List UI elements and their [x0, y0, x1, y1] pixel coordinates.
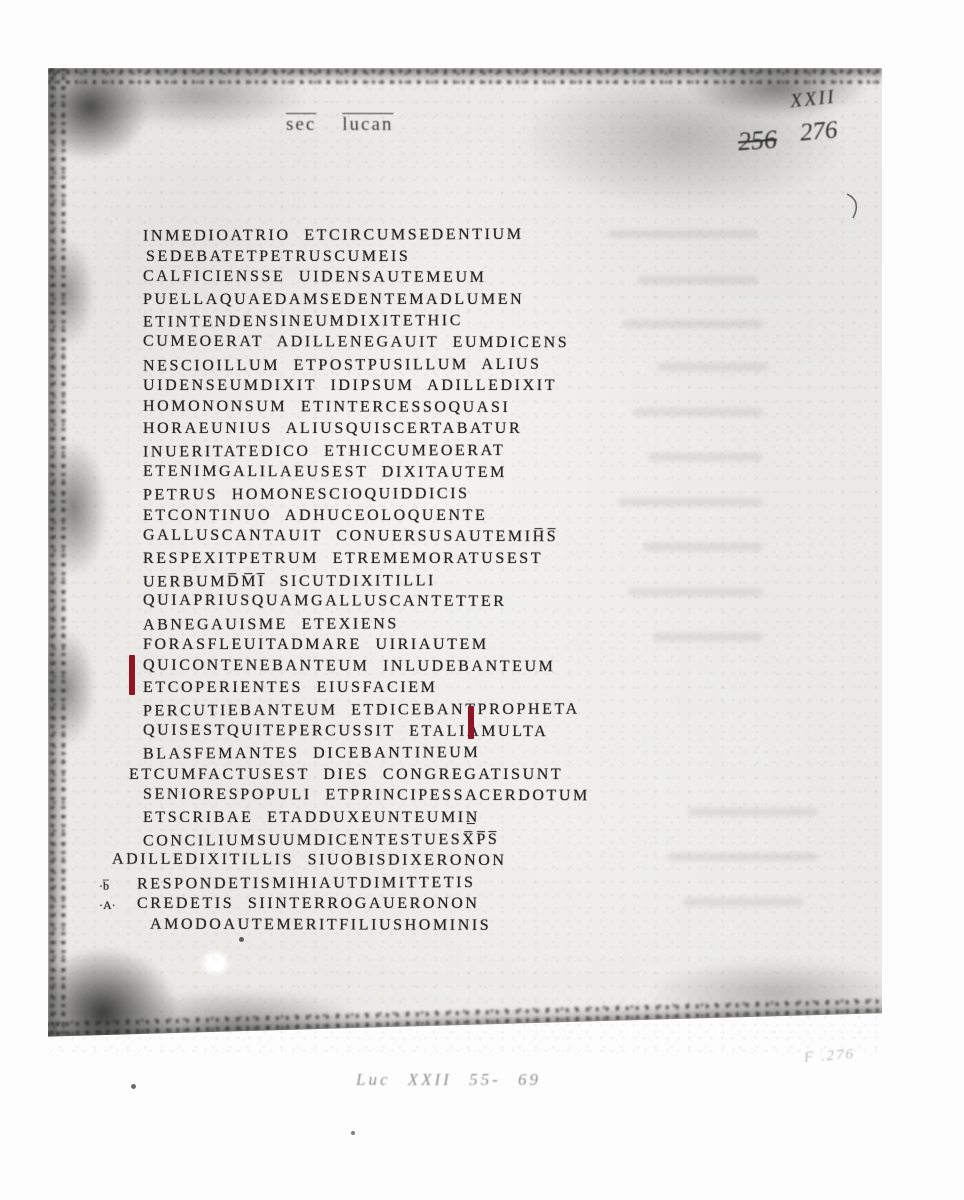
manuscript-line: QUIAPRIUSQUAMGALLUSCANTETTER — [143, 590, 863, 614]
line-text: INUERITATEDICO ETHICCUMEOERAT — [143, 442, 506, 461]
red-rubric-stroke-margin — [129, 655, 135, 695]
parchment-hole-spot — [200, 950, 230, 976]
manuscript-line: GALLUSCANTAUIT CONUERSUSAUTEMIH̅S̅ — [143, 525, 863, 549]
manuscript-line: NESCIOILLUM ETPOSTPUSILLUM ALIUS — [143, 352, 863, 377]
page-edge-top — [48, 68, 882, 84]
manuscript-line: SEDEBATETPETRUSCUMEIS — [146, 246, 863, 268]
line-text: RESPONDETISMIHIAUTDIMITTETIS — [137, 874, 476, 892]
manuscript-line: CONCILIUMSUUMDICENTESTUESX̅P̅S̅ — [143, 827, 863, 852]
stain-top-left — [48, 68, 150, 162]
line-text: AMODOAUTEMERITFILIUSHOMINIS — [150, 916, 491, 934]
red-rubric-stroke-inline — [468, 706, 474, 739]
line-text: PETRUS HOMONESCIOQUIDDICIS — [143, 485, 470, 503]
running-header: seclucan — [286, 114, 419, 136]
manuscript-line: UERBUMD̅M̅I̅ SICUTDIXITILLI — [143, 568, 863, 593]
manuscript-line: ADILLEDIXITILLIS SIUOBISDIXERONON — [112, 849, 863, 873]
pen-hook-mark — [844, 192, 864, 220]
line-text: ETCOPERIENTES EIUSFACIEM — [143, 679, 437, 696]
manuscript-line: AMODOAUTEMERITFILIUSHOMINIS — [150, 914, 863, 938]
line-text: RESPEXITPETRUM ETREMEMORATUSEST — [143, 550, 543, 567]
marginal-letter: ·b̅ — [99, 876, 109, 898]
line-text: BLASFEMANTES DICEBANTINEUM — [143, 744, 480, 762]
stain-left-upper — [48, 238, 95, 348]
line-text: INMEDIOATRIO ETCIRCUMSEDENTIUM — [143, 226, 524, 245]
line-text: ABNEGAUISME ETEXIENS — [143, 615, 399, 633]
line-text: CREDETIS SIINTERROGAUERONON — [137, 895, 480, 912]
plate-paper-below-page — [48, 1012, 882, 1060]
manuscript-line: FORASFLEUITADMARE UIRIAUTEM — [143, 634, 863, 656]
manuscript-line: HOMONONSUM ETINTERCESSOQUASI — [143, 395, 863, 419]
manuscript-line: ETCOPERIENTES EIUSFACIEM — [143, 677, 863, 699]
manuscript-line: UIDENSEUMDIXIT IDIPSUM ADILLEDIXIT — [143, 375, 863, 397]
line-text: PUELLAQUAEDAMSEDENTEMADLUMEN — [143, 291, 524, 308]
plate-folio-label: F .276 — [803, 1046, 855, 1067]
line-text: ETCONTINUO ADHUCEOLOQUENTE — [143, 507, 487, 524]
line-text: NESCIOILLUM ETPOSTPUSILLUM ALIUS — [143, 355, 542, 374]
line-text: QUISESTQUITEPERCUSSIT ETALIAMULTA — [143, 721, 548, 739]
marginal-letter: ·A· — [99, 895, 116, 917]
facsimile-plate: seclucan XXII 256 276 INMEDIOATRIO ETCIR… — [0, 0, 964, 1200]
stain-top-band — [88, 68, 308, 130]
manuscript-line: ETCONTINUO ADHUCEOLOQUENTE — [143, 505, 863, 527]
line-text: ETINTENDENSINEUMDIXITETHIC — [143, 313, 463, 331]
line-text: PERCUTIEBANTEUM ETDICEBANTPROPHETA — [143, 701, 580, 720]
manuscript-line: SENIORESPOPULI ETPRINCIPESSACERDOTUM — [143, 784, 863, 808]
manuscript-page: seclucan XXII 256 276 INMEDIOATRIO ETCIR… — [48, 68, 882, 1060]
line-text: FORASFLEUITADMARE UIRIAUTEM — [143, 636, 489, 653]
plate-speck — [131, 1084, 136, 1089]
stain-left-mid — [48, 438, 108, 578]
manuscript-line: CUMEOERAT ADILLENEGAUIT EUMDICENS — [143, 331, 863, 355]
chapter-numeral: XXII — [789, 86, 837, 114]
line-text: SENIORESPOPULI ETPRINCIPESSACERDOTUM — [143, 786, 590, 805]
page-edge-left — [48, 68, 68, 1060]
manuscript-line: PETRUS HOMONESCIOQUIDDICIS — [143, 482, 863, 507]
manuscript-line: BLASFEMANTES DICEBANTINEUM — [143, 741, 863, 766]
manuscript-line: PERCUTIEBANTEUM ETDICEBANTPROPHETA — [143, 697, 863, 722]
manuscript-line: ETINTENDENSINEUMDIXITETHIC — [143, 309, 863, 334]
line-text: UIDENSEUMDIXIT IDIPSUM ADILLEDIXIT — [143, 377, 557, 394]
manuscript-line: PUELLAQUAEDAMSEDENTEMADLUMEN — [143, 289, 863, 311]
line-text: UERBUMD̅M̅I̅ SICUTDIXITILLI — [143, 572, 436, 590]
line-text: ETENIMGALILAEUSEST DIXITAUTEM — [143, 462, 507, 480]
running-header-word2: lucan — [342, 114, 393, 135]
manuscript-line: QUISESTQUITEPERCUSSIT ETALIAMULTA — [143, 719, 863, 743]
manuscript-line: ETSCRIBAE ETADDUXEUNTEUMIN̲ — [143, 807, 863, 829]
line-text: HOMONONSUM ETINTERCESSOQUASI — [143, 397, 510, 415]
manuscript-line: RESPEXITPETRUM ETREMEMORATUSEST — [143, 548, 863, 570]
line-text: ADILLEDIXITILLIS SIUOBISDIXERONON — [112, 851, 507, 869]
plate-caption: Luc XXII 55- 69 — [356, 1070, 541, 1090]
line-text: GALLUSCANTAUIT CONUERSUSAUTEMIH̅S̅ — [143, 527, 558, 545]
line-text: QUIAPRIUSQUAMGALLUSCANTETTER — [143, 592, 507, 610]
line-text: QUICONTENEBANTEUM INLUDEBANTEUM — [143, 657, 556, 675]
new-folio-number: 276 — [799, 116, 839, 147]
manuscript-line: QUICONTENEBANTEUM INLUDEBANTEUM — [143, 655, 863, 679]
line-text: ETSCRIBAE ETADDUXEUNTEUMIN̲ — [143, 809, 480, 826]
manuscript-line: INMEDIOATRIO ETCIRCUMSEDENTIUM — [143, 222, 863, 247]
manuscript-line: ETCUMFACTUSEST DIES CONGREGATISUNT — [129, 764, 863, 786]
manuscript-line: ETENIMGALILAEUSEST DIXITAUTEM — [143, 460, 863, 484]
manuscript-line: CALFICIENSSE UIDENSAUTEMEUM — [143, 266, 863, 290]
line-text: SEDEBATETPETRUSCUMEIS — [146, 248, 410, 265]
line-text: CALFICIENSSE UIDENSAUTEMEUM — [143, 268, 486, 286]
ink-speck — [239, 937, 244, 942]
manuscript-line: ·A·CREDETIS SIINTERROGAUERONON — [137, 893, 863, 915]
manuscript-line: INUERITATEDICO ETHICCUMEOERAT — [143, 438, 863, 463]
manuscript-line: ·b̅RESPONDETISMIHIAUTDIMITTETIS — [137, 870, 863, 895]
stain-top-right-dark — [688, 68, 868, 118]
manuscript-line: ABNEGAUISME ETEXIENS — [143, 611, 863, 636]
manuscript-line: HORAEUNIUS ALIUSQUISCERTABATUR — [143, 418, 863, 440]
line-text: ETCUMFACTUSEST DIES CONGREGATISUNT — [129, 766, 563, 783]
line-text: CONCILIUMSUUMDICENTESTUESX̅P̅S̅ — [143, 831, 499, 850]
running-header-word1: sec — [286, 114, 316, 135]
manuscript-lines: INMEDIOATRIO ETCIRCUMSEDENTIUMSEDEBATETP… — [143, 224, 863, 937]
plate-speck — [351, 1131, 355, 1135]
line-text: CUMEOERAT ADILLENEGAUIT EUMDICENS — [143, 333, 569, 351]
line-text: HORAEUNIUS ALIUSQUISCERTABATUR — [143, 420, 522, 437]
stain-left-lower — [48, 628, 96, 748]
old-folio-number: 256 — [737, 125, 778, 158]
